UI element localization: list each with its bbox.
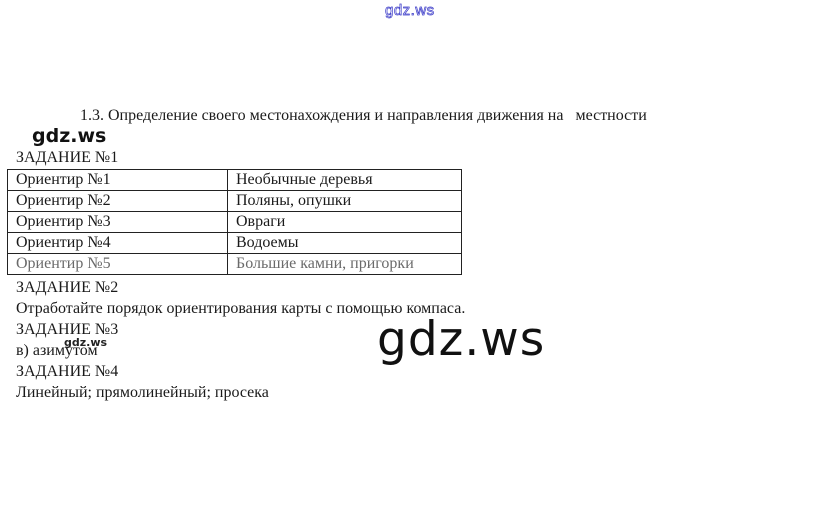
landmark-value: Овраги — [228, 212, 462, 233]
task2-heading: ЗАДАНИЕ №2 — [16, 279, 118, 297]
task4-text: Линейный; прямолинейный; просека — [16, 384, 269, 402]
task4-heading: ЗАДАНИЕ №4 — [16, 363, 118, 381]
watermark-top: gdz.ws — [385, 2, 435, 19]
landmark-value: Поляны, опушки — [228, 191, 462, 212]
table-row: Ориентир №4 Водоемы — [8, 233, 462, 254]
watermark-small: gdz.ws — [32, 125, 106, 147]
task1-heading: ЗАДАНИЕ №1 — [16, 149, 118, 167]
landmark-value: Водоемы — [228, 233, 462, 254]
landmark-label: Ориентир №2 — [8, 191, 228, 212]
landmark-label: Ориентир №1 — [8, 170, 228, 191]
watermark-big: gdz.ws — [377, 312, 545, 367]
table-row: Ориентир №1 Необычные деревья — [8, 170, 462, 191]
table-row: Ориентир №2 Поляны, опушки — [8, 191, 462, 212]
table-row: Ориентир №3 Овраги — [8, 212, 462, 233]
table-row: Ориентир №5 Большие камни, пригорки — [8, 254, 462, 275]
landmark-value: Необычные деревья — [228, 170, 462, 191]
section-title: 1.3. Определение своего местонахождения … — [80, 107, 647, 125]
landmark-label: Ориентир №5 — [8, 254, 228, 275]
task3-text: в) азимутом — [16, 342, 98, 360]
landmark-label: Ориентир №4 — [8, 233, 228, 254]
landmarks-table: Ориентир №1 Необычные деревья Ориентир №… — [7, 169, 462, 275]
landmark-value: Большие камни, пригорки — [228, 254, 462, 275]
landmark-label: Ориентир №3 — [8, 212, 228, 233]
